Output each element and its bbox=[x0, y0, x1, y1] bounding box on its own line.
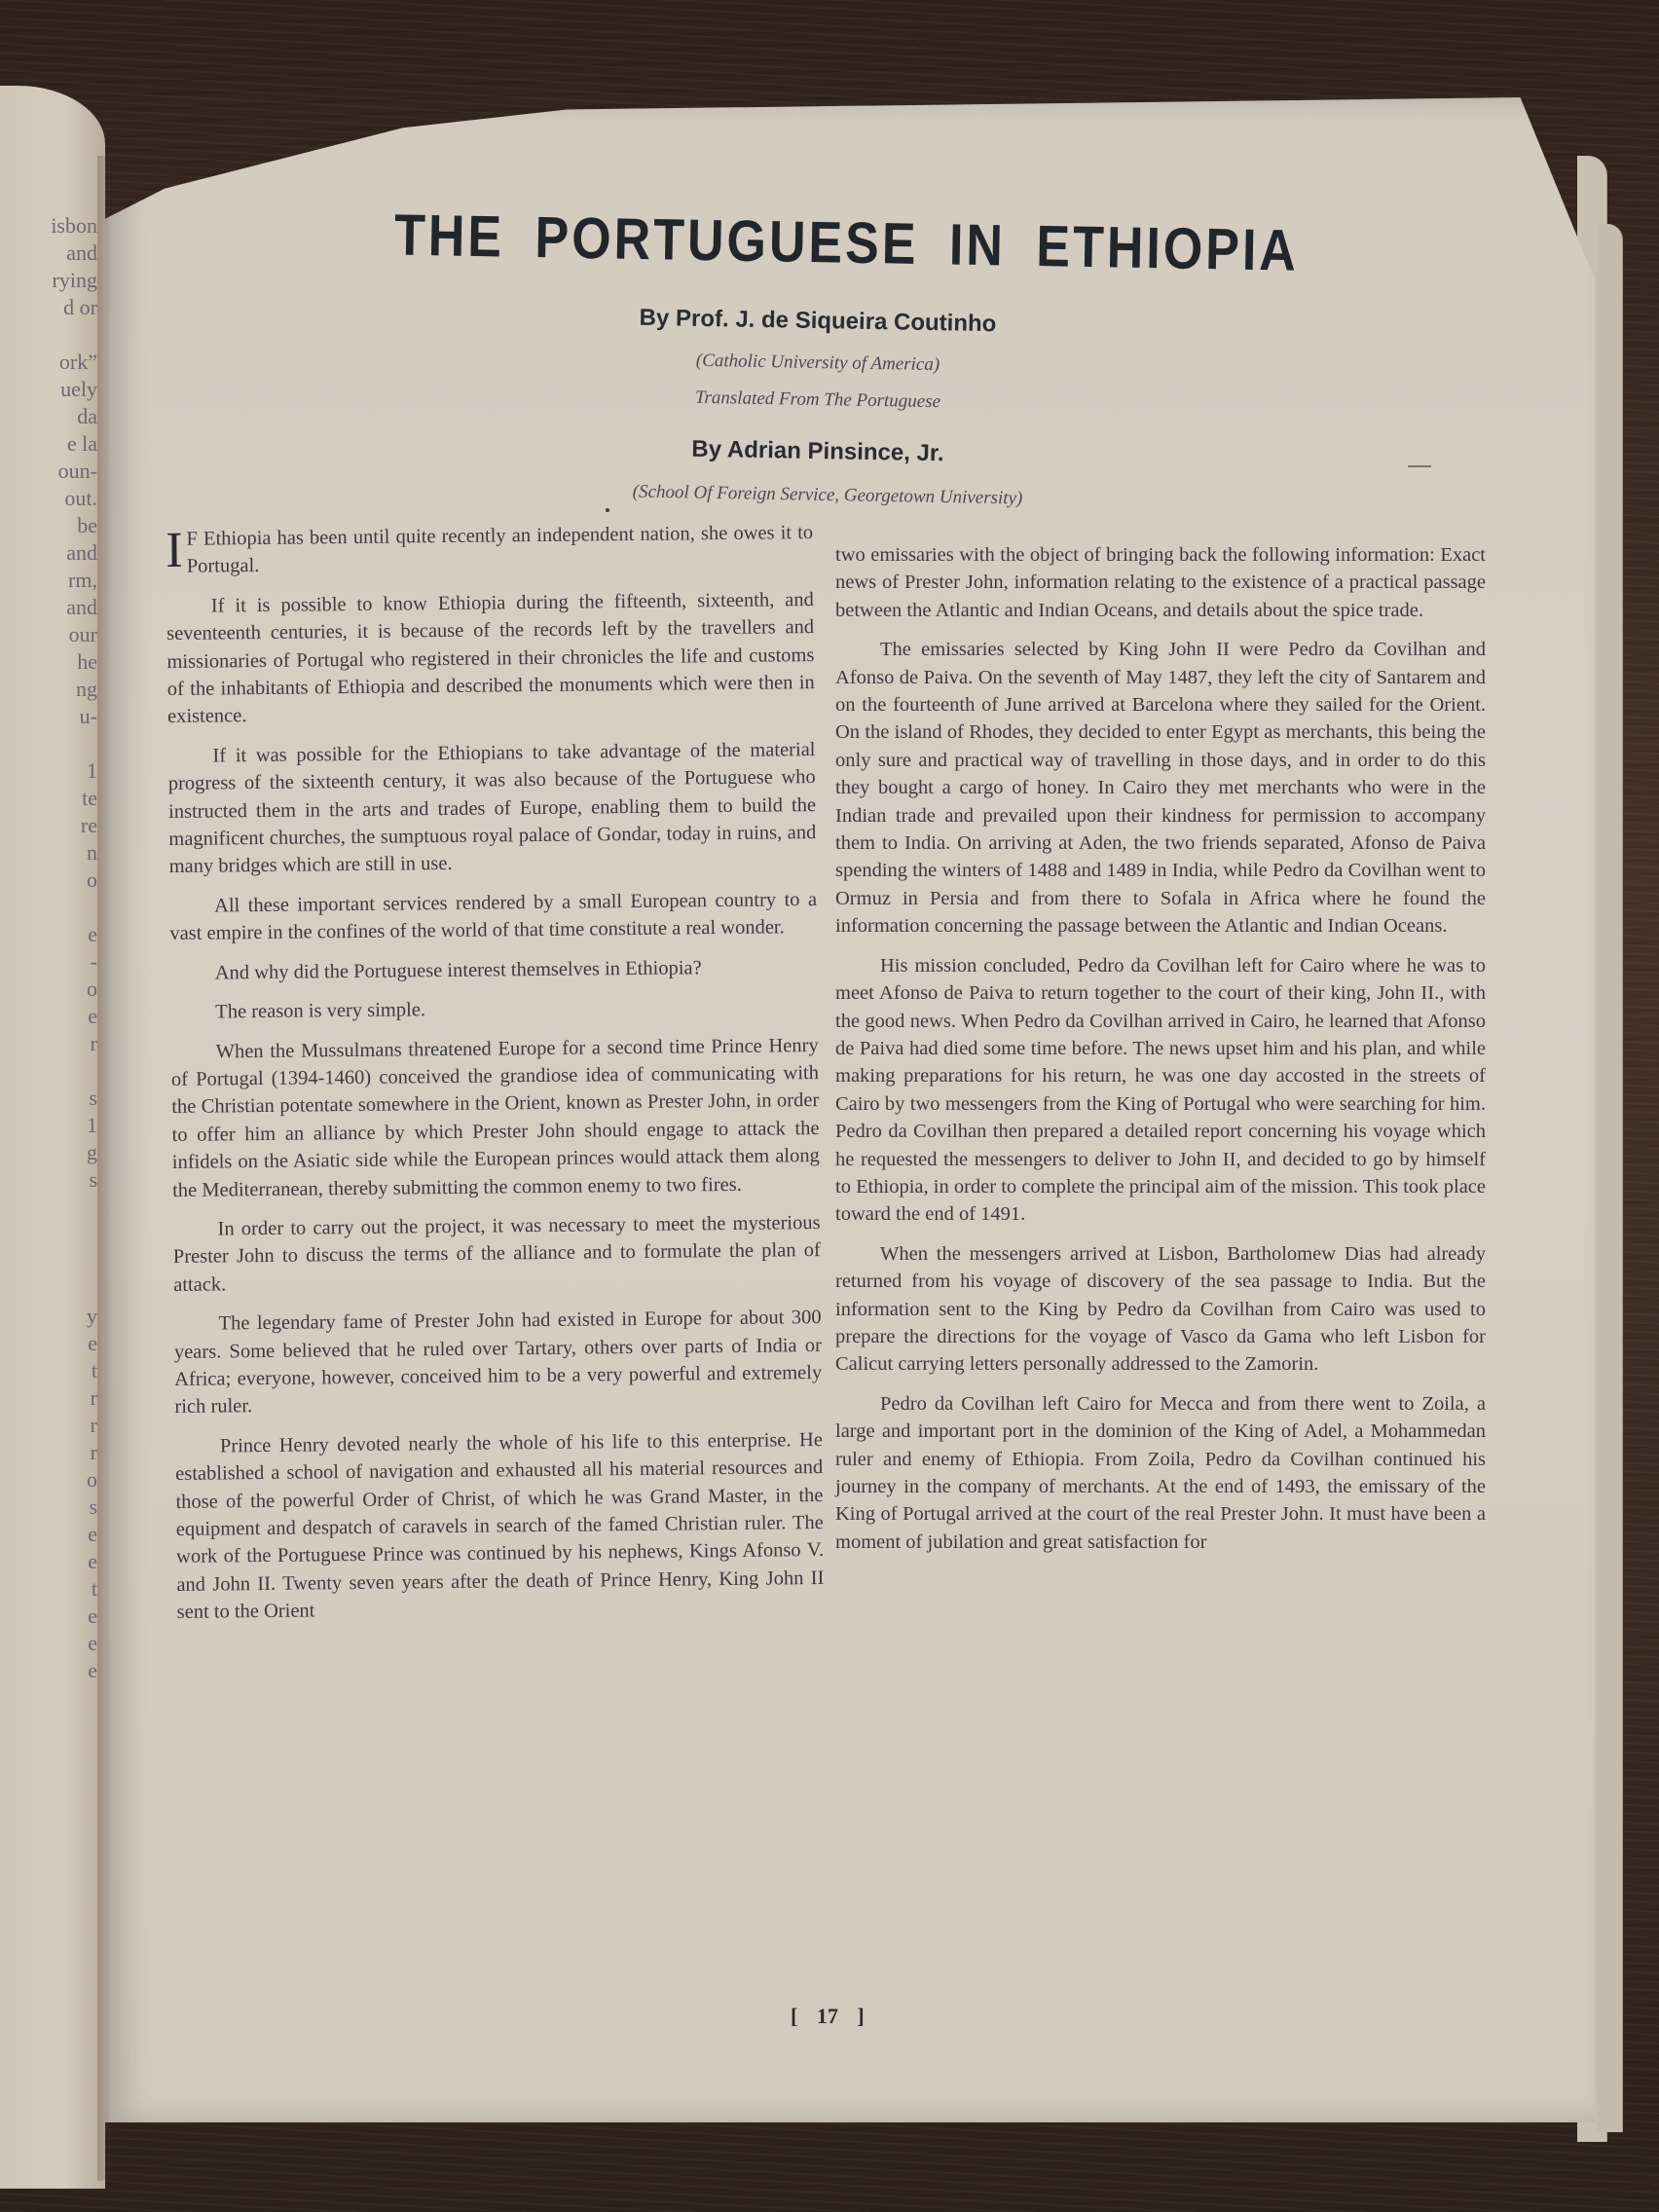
left-page-fragment: u- bbox=[0, 703, 97, 730]
left-page-fragment: r bbox=[0, 1384, 97, 1412]
left-page-fragment bbox=[0, 321, 97, 349]
left-page-fragment: e bbox=[0, 1657, 97, 1684]
left-page-fragment: uely bbox=[0, 376, 97, 403]
left-page-fragment bbox=[0, 1057, 97, 1085]
left-page-fragment bbox=[0, 1275, 97, 1303]
left-page-fragment: y bbox=[0, 1303, 97, 1330]
left-page-fragment: o bbox=[0, 866, 97, 894]
left-page-fragment: 1 bbox=[0, 1112, 97, 1139]
paragraph: The legendary fame of Prester John had e… bbox=[173, 1304, 822, 1421]
left-page-fragment: be bbox=[0, 512, 97, 539]
paragraph: The emissaries selected by King John II … bbox=[835, 636, 1486, 940]
left-page-fragment: ng bbox=[0, 676, 97, 703]
left-page-fragment: ork” bbox=[0, 349, 97, 376]
left-page-fragment: e bbox=[0, 1548, 97, 1575]
left-page-fragment: g bbox=[0, 1139, 97, 1166]
ink-speck bbox=[606, 508, 609, 512]
article-right-column: two emissaries with the object of bringi… bbox=[835, 541, 1486, 1567]
left-page-fragment: our bbox=[0, 621, 97, 648]
left-page-fragment: and bbox=[0, 594, 97, 621]
left-page-fragment: he bbox=[0, 648, 97, 676]
paragraph-text: F Ethiopia has been until quite recently… bbox=[186, 522, 813, 577]
page-number: [ 17 ] bbox=[791, 2004, 865, 2029]
paragraph: If it is possible to know Ethiopia durin… bbox=[166, 586, 815, 731]
left-page-fragment: t bbox=[0, 1575, 97, 1603]
margin-mark bbox=[1408, 465, 1431, 467]
left-page-fragment: d or bbox=[0, 294, 97, 321]
paragraph: And why did the Portuguese interest them… bbox=[170, 953, 818, 987]
left-page-fragment: e bbox=[0, 1603, 97, 1630]
left-page-fragment: and bbox=[0, 240, 97, 267]
paragraph: two emissaries with the object of bringi… bbox=[835, 541, 1486, 624]
left-page-fragment bbox=[0, 1194, 97, 1221]
left-page-fragment bbox=[0, 894, 97, 921]
left-page-fragment: t bbox=[0, 1357, 97, 1384]
left-page-fragment: e bbox=[0, 1521, 97, 1548]
page-stack-edge bbox=[1597, 224, 1623, 2132]
left-page-fragment: n bbox=[0, 839, 97, 866]
left-page-fragment: out. bbox=[0, 485, 97, 512]
drop-cap: I bbox=[166, 532, 183, 571]
left-page-fragment: e la bbox=[0, 430, 97, 458]
left-page-fragment: s bbox=[0, 1085, 97, 1112]
left-facing-page: isbonandryingd orork”uelydae laoun-out.b… bbox=[0, 86, 105, 2189]
paragraph: Pedro da Covilhan left Cairo for Mecca a… bbox=[835, 1390, 1486, 1556]
left-page-fragment: e bbox=[0, 1003, 97, 1030]
left-page-fragment: e bbox=[0, 1630, 97, 1657]
paragraph: Prince Henry devoted nearly the whole of… bbox=[175, 1426, 825, 1627]
left-page-fragment: r bbox=[0, 1030, 97, 1057]
left-page-fragment: and bbox=[0, 539, 97, 567]
paragraph: His mission concluded, Pedro da Covilhan… bbox=[835, 952, 1486, 1229]
left-page-fragment: te bbox=[0, 785, 97, 812]
left-page-fragment bbox=[0, 1248, 97, 1275]
left-page-fragment bbox=[0, 1221, 97, 1248]
left-page-fragment bbox=[0, 730, 97, 757]
paragraph: When the messengers arrived at Lisbon, B… bbox=[835, 1240, 1486, 1379]
left-page-fragment: o bbox=[0, 1466, 97, 1493]
paragraph: In order to carry out the project, it wa… bbox=[172, 1209, 821, 1299]
left-page-fragment: rying bbox=[0, 267, 97, 294]
paragraph: The reason is very simple. bbox=[170, 992, 818, 1026]
left-page-fragment: re bbox=[0, 812, 97, 839]
left-page-fragment: r bbox=[0, 1412, 97, 1439]
left-page-fragment: e bbox=[0, 921, 97, 948]
left-page-fragment: e bbox=[0, 1330, 97, 1357]
left-page-text-fragments: isbonandryingd orork”uelydae laoun-out.b… bbox=[0, 212, 97, 1684]
left-page-fragment: da bbox=[0, 403, 97, 430]
book-gutter-shadow bbox=[97, 156, 111, 2181]
left-page-fragment: 1 bbox=[0, 757, 97, 785]
paragraph: If it was possible for the Ethiopians to… bbox=[167, 736, 816, 881]
opening-paragraph: IF Ethiopia has been until quite recentl… bbox=[166, 519, 814, 581]
left-page-fragment: s bbox=[0, 1493, 97, 1521]
left-page-fragment: isbon bbox=[0, 212, 97, 240]
paragraph: When the Mussulmans threatened Europe fo… bbox=[171, 1032, 821, 1204]
article-left-column: IF Ethiopia has been until quite recentl… bbox=[166, 519, 825, 1639]
left-page-fragment: oun- bbox=[0, 458, 97, 485]
left-page-fragment: - bbox=[0, 948, 97, 976]
left-page-fragment: s bbox=[0, 1166, 97, 1194]
left-page-fragment: o bbox=[0, 976, 97, 1003]
paragraph: All these important services rendered by… bbox=[169, 886, 818, 948]
left-page-fragment: r bbox=[0, 1439, 97, 1466]
left-page-fragment: rm, bbox=[0, 567, 97, 594]
